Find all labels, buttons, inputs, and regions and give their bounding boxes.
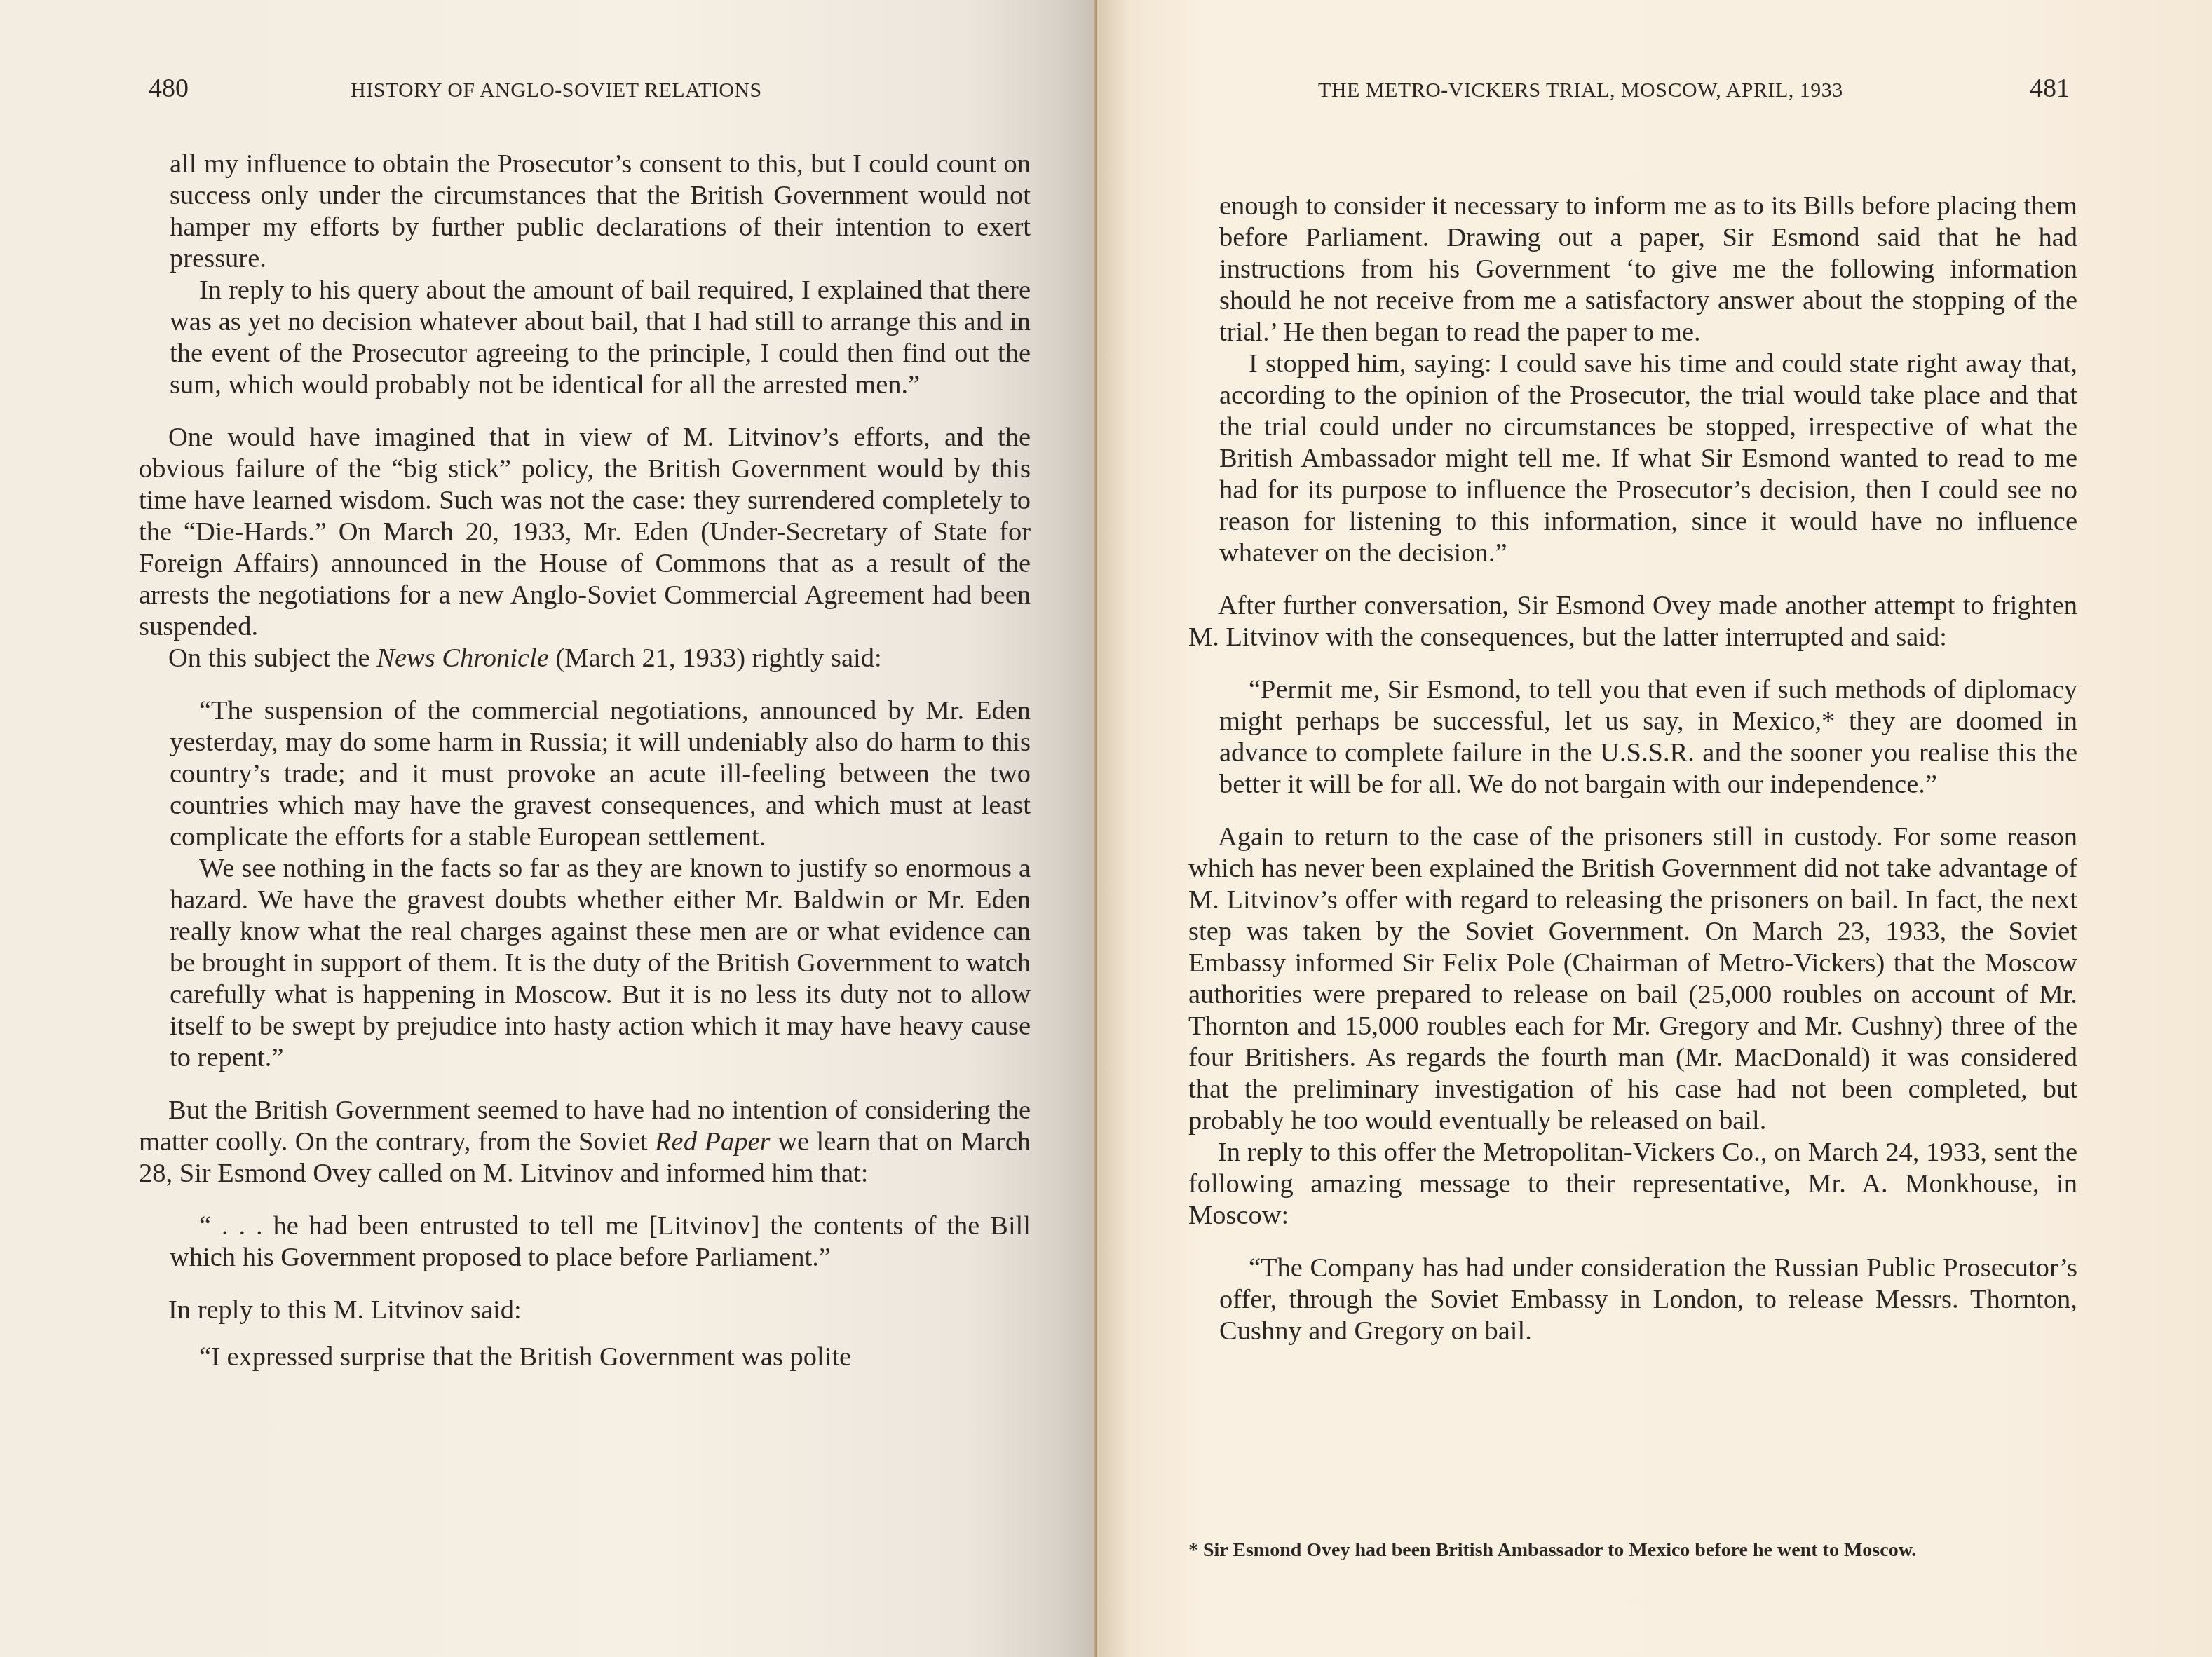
- paragraph: In reply to this offer the Metropolitan-…: [1188, 1137, 2077, 1232]
- left-page-body: all my influence to obtain the Prosecuto…: [139, 149, 1031, 1373]
- quote-block-company-message: “The Company has had under consideration…: [1188, 1253, 2077, 1347]
- paragraph: In reply to his query about the amount o…: [170, 275, 1031, 401]
- quote-block-litvinov: “I expressed surprise that the British G…: [139, 1342, 1031, 1373]
- publication-title: Red Paper: [655, 1127, 771, 1157]
- paragraph: “I expressed surprise that the British G…: [170, 1342, 1031, 1373]
- quote-block-litvinov-cont: enough to consider it necessary to infor…: [1188, 191, 2077, 569]
- paragraph: “Permit me, Sir Esmond, to tell you that…: [1219, 674, 2077, 800]
- paragraph: enough to consider it necessary to infor…: [1219, 191, 2077, 348]
- quote-block-news-chronicle: “The suspension of the commercial negoti…: [139, 695, 1031, 1074]
- paragraph: But the British Government seemed to hav…: [139, 1095, 1031, 1189]
- running-head-left: HISTORY OF ANGLO-SOVIET RELATIONS: [351, 79, 762, 102]
- quote-block-permit-me: “Permit me, Sir Esmond, to tell you that…: [1188, 674, 2077, 800]
- text-run: (March 21, 1933) rightly said:: [549, 643, 882, 673]
- page-number-left: 480: [149, 73, 189, 104]
- paragraph: I stopped him, saying: I could save his …: [1219, 348, 2077, 569]
- quote-block-red-paper: “ . . . he had been entrusted to tell me…: [139, 1211, 1031, 1274]
- text-run: On this subject the: [168, 643, 376, 673]
- paragraph: In reply to this M. Litvinov said:: [139, 1295, 1031, 1326]
- paragraph: all my influence to obtain the Prosecuto…: [170, 149, 1031, 275]
- paragraph: One would have imagined that in view of …: [139, 422, 1031, 643]
- right-page-body: enough to consider it necessary to infor…: [1188, 191, 2077, 1347]
- paragraph: On this subject the News Chronicle (Marc…: [139, 643, 1031, 674]
- footnote: * Sir Esmond Ovey had been British Ambas…: [1188, 1539, 2079, 1562]
- paragraph: “The suspension of the commercial negoti…: [170, 695, 1031, 853]
- running-head-right: THE METRO-VICKERS TRIAL, MOSCOW, APRIL, …: [1318, 79, 1843, 102]
- page-number-right: 481: [2030, 73, 2070, 104]
- quote-block-bail: all my influence to obtain the Prosecuto…: [139, 149, 1031, 401]
- paragraph: Again to return to the case of the priso…: [1188, 821, 2077, 1137]
- paragraph: We see nothing in the facts so far as th…: [170, 853, 1031, 1074]
- paragraph: “ . . . he had been entrusted to tell me…: [170, 1211, 1031, 1274]
- publication-title: News Chronicle: [376, 643, 549, 673]
- right-page: THE METRO-VICKERS TRIAL, MOSCOW, APRIL, …: [1097, 0, 2212, 1657]
- paragraph: “The Company has had under consideration…: [1219, 1253, 2077, 1347]
- paragraph: After further conversation, Sir Esmond O…: [1188, 590, 2077, 653]
- left-page: 480 HISTORY OF ANGLO-SOVIET RELATIONS al…: [0, 0, 1097, 1657]
